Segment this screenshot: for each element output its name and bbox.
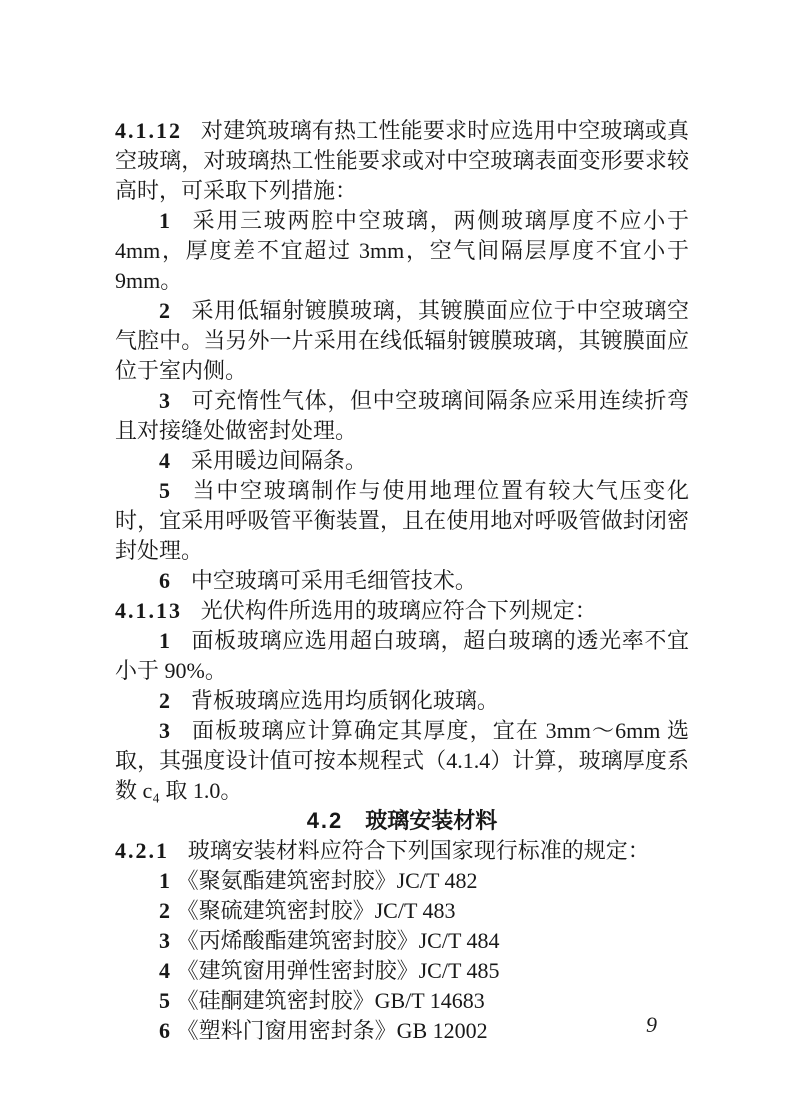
block-text: 《建筑窗用弹性密封胶》JC/T 485 (177, 958, 500, 983)
block-number: 6 (159, 1018, 170, 1043)
block-text: 玻璃安装材料应符合下列国家现行标准的规定： (188, 838, 650, 863)
block-text: 面板玻璃应选用超白玻璃，超白玻璃的透光率不宜小于 90%。 (115, 628, 689, 683)
clause-paragraph: 4.1.13光伏构件所选用的玻璃应符合下列规定： (115, 596, 689, 626)
standard-list-item: 2《聚硫建筑密封胶》JC/T 483 (115, 896, 689, 926)
subitem-paragraph: 5当中空玻璃制作与使用地理位置有较大气压变化时，宜采用呼吸管平衡装置，且在使用地… (115, 476, 689, 566)
block-number: 3 (159, 388, 170, 413)
subitem-paragraph: 4采用暖边间隔条。 (115, 446, 689, 476)
block-number: 2 (159, 298, 170, 323)
subitem-paragraph: 3面板玻璃应计算确定其厚度，宜在 3mm～6mm 选取，其强度设计值可按本规程式… (115, 716, 689, 806)
block-text: 采用暖边间隔条。 (191, 448, 367, 473)
block-text: 《聚硫建筑密封胶》JC/T 483 (177, 898, 456, 923)
block-text: 《丙烯酸酯建筑密封胶》JC/T 484 (177, 928, 500, 953)
block-text: 玻璃安装材料 (365, 808, 497, 833)
subitem-paragraph: 3可充惰性气体，但中空玻璃间隔条应采用连续折弯且对接缝处做密封处理。 (115, 386, 689, 446)
subitem-paragraph: 1面板玻璃应选用超白玻璃，超白玻璃的透光率不宜小于 90%。 (115, 626, 689, 686)
block-number: 3 (159, 718, 170, 743)
document-body: 4.1.12对建筑玻璃有热工性能要求时应选用中空玻璃或真空玻璃，对玻璃热工性能要… (115, 116, 689, 1046)
block-text: 可充惰性气体，但中空玻璃间隔条应采用连续折弯且对接缝处做密封处理。 (115, 388, 689, 443)
block-number: 4 (159, 958, 170, 983)
subitem-paragraph: 2背板玻璃应选用均质钢化玻璃。 (115, 686, 689, 716)
standard-list-item: 6《塑料门窗用密封条》GB 12002 (115, 1016, 689, 1046)
block-number: 1 (159, 628, 170, 653)
standard-list-item: 3《丙烯酸酯建筑密封胶》JC/T 484 (115, 926, 689, 956)
page-number: 9 (646, 1010, 657, 1040)
block-number: 4.1.12 (115, 118, 182, 143)
document-page: 4.1.12对建筑玻璃有热工性能要求时应选用中空玻璃或真空玻璃，对玻璃热工性能要… (0, 0, 800, 1120)
block-text: 采用三玻两腔中空玻璃，两侧玻璃厚度不应小于 4mm，厚度差不宜超过 3mm，空气… (115, 208, 689, 293)
standard-list-item: 4《建筑窗用弹性密封胶》JC/T 485 (115, 956, 689, 986)
block-number: 4.2 (307, 808, 344, 833)
block-number: 1 (159, 868, 170, 893)
block-number: 4 (159, 448, 170, 473)
section-heading: 4.2玻璃安装材料 (115, 806, 689, 836)
block-text: 《塑料门窗用密封条》GB 12002 (177, 1018, 488, 1043)
block-text: 对建筑玻璃有热工性能要求时应选用中空玻璃或真空玻璃，对玻璃热工性能要求或对中空玻… (115, 118, 689, 203)
block-number: 5 (159, 988, 170, 1013)
block-text: 中空玻璃可采用毛细管技术。 (191, 568, 477, 593)
block-number: 6 (159, 568, 170, 593)
standard-list-item: 5《硅酮建筑密封胶》GB/T 14683 (115, 986, 689, 1016)
block-number: 1 (159, 208, 170, 233)
block-number: 2 (159, 688, 170, 713)
block-text: 当中空玻璃制作与使用地理位置有较大气压变化时，宜采用呼吸管平衡装置，且在使用地对… (115, 478, 689, 563)
block-number: 4.2.1 (115, 838, 169, 863)
block-text: 《硅酮建筑密封胶》GB/T 14683 (177, 988, 485, 1013)
subitem-paragraph: 1采用三玻两腔中空玻璃，两侧玻璃厚度不应小于 4mm，厚度差不宜超过 3mm，空… (115, 206, 689, 296)
block-text: 光伏构件所选用的玻璃应符合下列规定： (201, 598, 597, 623)
block-text: 采用低辐射镀膜玻璃，其镀膜面应位于中空玻璃空气腔中。当另外一片采用在线低辐射镀膜… (115, 298, 689, 383)
block-text: 《聚氨酯建筑密封胶》JC/T 482 (177, 868, 478, 893)
block-text: 面板玻璃应计算确定其厚度，宜在 3mm～6mm 选取，其强度设计值可按本规程式（… (115, 718, 689, 803)
clause-paragraph: 4.1.12对建筑玻璃有热工性能要求时应选用中空玻璃或真空玻璃，对玻璃热工性能要… (115, 116, 689, 206)
block-number: 2 (159, 898, 170, 923)
block-number: 3 (159, 928, 170, 953)
block-number: 4.1.13 (115, 598, 182, 623)
block-text: 背板玻璃应选用均质钢化玻璃。 (191, 688, 499, 713)
subitem-paragraph: 6中空玻璃可采用毛细管技术。 (115, 566, 689, 596)
subitem-paragraph: 2采用低辐射镀膜玻璃，其镀膜面应位于中空玻璃空气腔中。当另外一片采用在线低辐射镀… (115, 296, 689, 386)
clause-paragraph: 4.2.1玻璃安装材料应符合下列国家现行标准的规定： (115, 836, 689, 866)
block-number: 5 (159, 478, 170, 503)
standard-list-item: 1《聚氨酯建筑密封胶》JC/T 482 (115, 866, 689, 896)
